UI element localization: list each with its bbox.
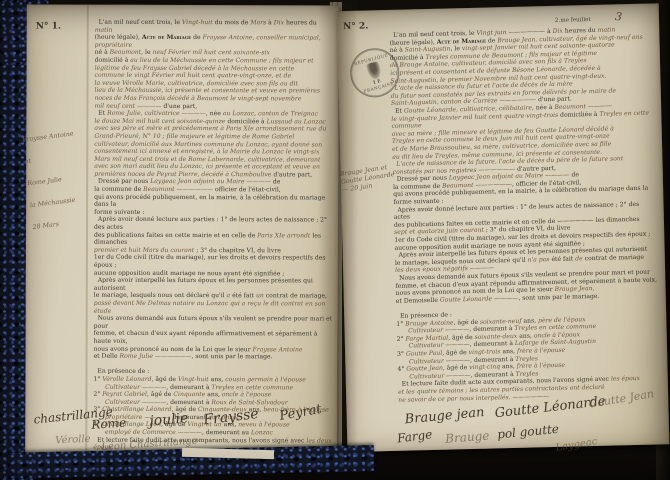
folio-number: 3 bbox=[614, 10, 622, 24]
printed-text: heures du bbox=[563, 27, 598, 35]
handwritten-text: Cultivateur ———— bbox=[93, 383, 166, 390]
printed-text: , demeurant à bbox=[166, 399, 211, 406]
text-line: des publications faites en cette mairie … bbox=[94, 231, 334, 247]
handwritten-text: Mars mil neuf cent trois et de Rome Labe… bbox=[94, 155, 320, 163]
printed-text: femme, et chacun d'eux ayant répondu aff… bbox=[94, 330, 320, 345]
handwritten-text: Laygeac Jean adjoint au Maire ———— bbox=[150, 178, 271, 185]
handwritten-text: vingt-trois bbox=[469, 348, 501, 356]
printed-text: 2° bbox=[397, 335, 406, 342]
text-line: L'an mil neuf cent trois, le Vingt-huit … bbox=[95, 19, 335, 35]
printed-text: ans, bbox=[517, 332, 534, 339]
handwritten-text: au lieu de la Méchaussie en cette Commun… bbox=[130, 57, 313, 65]
handwritten-text: neuf Février mil huit cent soixante-six bbox=[153, 49, 270, 56]
handwritten-text: 28 Mars bbox=[32, 221, 59, 231]
printed-text: , âgé de bbox=[443, 364, 470, 372]
printed-text: , demeurant à bbox=[166, 383, 211, 390]
printed-text: , âgé de bbox=[448, 334, 475, 342]
signature: pol goutte bbox=[497, 422, 560, 442]
printed-text: , âgé de bbox=[147, 391, 173, 398]
stamp-figure bbox=[366, 60, 383, 80]
printed-text: la commune de bbox=[94, 186, 143, 193]
signature: Rome bbox=[91, 416, 127, 432]
printed-text: contrat de mariage, bbox=[264, 293, 327, 300]
printed-text: nous avons prononcé au nom de la Loi que… bbox=[94, 345, 253, 353]
handwritten-text: cultivateur, domicilié aux Martines comm… bbox=[94, 140, 322, 148]
text-line: et Delle Rome Julie ——————, sont unis pa… bbox=[94, 353, 334, 361]
handwritten-text: matin bbox=[598, 26, 616, 33]
signature-block: Brauge jeanGoutte LéonardeGoutte JeanFar… bbox=[337, 3, 659, 11]
printed-text: Et bbox=[391, 108, 404, 115]
text-line: qui avons procédé publiquement, en la ma… bbox=[94, 193, 334, 209]
text-line: Rome Julie bbox=[27, 173, 90, 188]
printed-text: de bbox=[191, 34, 202, 41]
signature: Laygeac bbox=[555, 436, 598, 454]
text-line: et bbox=[24, 151, 87, 166]
printed-text: né à bbox=[390, 47, 405, 54]
printed-text: et Delle bbox=[94, 353, 120, 360]
printed-text: (heure légale), bbox=[95, 34, 142, 41]
printed-text: ans, bbox=[500, 363, 517, 370]
printed-text: En présence de : bbox=[94, 368, 150, 375]
printed-text: , âgé de bbox=[453, 318, 480, 326]
text-line: femme, et chacun d'eux ayant répondu aff… bbox=[94, 330, 334, 346]
printed-text: qui avons procédé publiquement, en la ma… bbox=[94, 193, 327, 208]
handwritten-text: Treyles bbox=[515, 355, 538, 363]
printed-text: d'autre part, bbox=[273, 171, 312, 178]
handwritten-text: un bbox=[256, 293, 264, 300]
text-line: Fraysse Antoine bbox=[22, 129, 85, 144]
printed-text: ans, bbox=[205, 391, 222, 398]
printed-text: de bbox=[569, 172, 579, 179]
handwritten-text: Mars bbox=[250, 19, 266, 26]
printed-text: 4° bbox=[397, 366, 406, 373]
handwritten-text: frère à l'épouse bbox=[517, 362, 565, 370]
handwritten-text: lieu de la Méchaussie, ici présente et c… bbox=[94, 87, 320, 95]
printed-text: des publications faites en cette mairie … bbox=[94, 231, 257, 239]
printed-text: officier de l'état-civil, bbox=[213, 186, 281, 193]
act-number: N° 1. bbox=[36, 21, 61, 31]
handwritten-text: Goutte Paul bbox=[406, 350, 442, 358]
printed-text: heures du bbox=[284, 19, 319, 26]
printed-text: d'une part, bbox=[163, 102, 197, 109]
signature: Brauge bbox=[445, 428, 490, 445]
printed-text: , née bbox=[206, 110, 223, 117]
handwritten-text: Beaumont —————— bbox=[143, 186, 213, 193]
text-line: (heure légale), Acte de Mariage de Frays… bbox=[95, 34, 335, 50]
handwritten-text: premier et huit Mars du courant bbox=[94, 247, 194, 254]
printed-text: Acte de Mariage bbox=[142, 34, 191, 41]
handwritten-text: Rome Julie, cultivatrice ———— bbox=[107, 110, 206, 117]
printed-text: de bbox=[486, 37, 498, 44]
printed-text: L'an mil neuf cent trois, le bbox=[95, 19, 182, 26]
margin-note-names: Fraysse AntoineetRome Juliela Méchaussie… bbox=[22, 129, 97, 246]
text-line: 28 Mars bbox=[32, 217, 95, 232]
right-page: N° 2. 2.me feuillet 3 RÉPUBLIQUE 1 F. FR… bbox=[337, 3, 670, 452]
handwritten-text: Fraysse Antoine bbox=[22, 131, 74, 144]
handwritten-text: noces de Mas François décédé à Beaumont … bbox=[94, 95, 301, 103]
text-line: 1er du Code civil (titre du mariage), su… bbox=[94, 254, 334, 270]
printed-text: Dressé par nous bbox=[94, 178, 150, 185]
handwritten-text: avec son mari audit lieu du Lonzac, ici … bbox=[94, 163, 320, 171]
left-page: N° 1. Fraysse AntoineetRome Juliela Méch… bbox=[25, 4, 339, 462]
signature: joulie bbox=[149, 410, 189, 429]
handwritten-text: Fraysse Antoine bbox=[253, 346, 303, 353]
handwritten-text: la veuve Vérolle Marie, cultivatrice, do… bbox=[95, 79, 298, 87]
handwritten-text: premières noces de Peyrat Pierre, décédé… bbox=[94, 171, 273, 179]
signature: Vérolle bbox=[55, 434, 91, 447]
printed-text: 1er du Code civil (titre du mariage), su… bbox=[94, 254, 328, 269]
handwritten-text: matin bbox=[95, 26, 113, 33]
printed-text: , née à bbox=[532, 104, 555, 112]
text-line: Après avoir donné lecture aux parties : … bbox=[94, 216, 334, 232]
handwritten-text: Grand-Prieuré, N° 10 ; fille majeure et … bbox=[94, 133, 294, 141]
handwritten-text: Roux de Saint-Salvadour bbox=[211, 399, 287, 406]
handwritten-text: consentement ici annexé et enregistré, à… bbox=[94, 148, 319, 156]
handwritten-text: le douze Mai mil huit cent soixante-quin… bbox=[94, 117, 227, 124]
printed-text: domicilié à bbox=[390, 54, 426, 62]
printed-text: à bbox=[266, 19, 274, 26]
printed-text: aucune opposition audit mariage ne nous … bbox=[94, 269, 284, 277]
printed-text: été fait bbox=[230, 293, 256, 300]
printed-text: Et bbox=[94, 110, 107, 117]
handwritten-text: Paris XIe arrondt bbox=[257, 232, 310, 239]
printed-text: domiciliée à bbox=[560, 110, 599, 118]
printed-text: Après avoir donné lecture aux parties : … bbox=[94, 216, 329, 231]
handwritten-text: Goutte Jean bbox=[406, 365, 443, 373]
handwritten-text: Beaumont bbox=[110, 49, 141, 56]
handwritten-text: vingt-cinq bbox=[469, 363, 500, 371]
handwritten-text: légitime de feu Fraysse Gabriel décédé à… bbox=[95, 64, 295, 72]
handwritten-text: commune le vingt Février mil huit cent q… bbox=[95, 72, 292, 80]
printed-text: de bbox=[271, 179, 280, 186]
printed-text: , sont unis par le mariage. bbox=[191, 353, 272, 360]
printed-text: domiciliée à bbox=[227, 118, 266, 125]
handwritten-text: les époux bbox=[611, 375, 640, 383]
handwritten-text: Rome Julie —————— bbox=[119, 353, 191, 360]
handwritten-text: avec ses père et mère et précédemment à … bbox=[94, 125, 326, 133]
handwritten-text: Treyles en cette commune bbox=[211, 384, 293, 391]
printed-text: , demeurant au bbox=[202, 429, 251, 436]
handwritten-text: oncle à l'épouse bbox=[222, 391, 272, 398]
printed-text: du mois de bbox=[213, 19, 251, 26]
handwritten-text: Treyles bbox=[516, 370, 539, 378]
handwritten-text: Peyrat Gabriel bbox=[102, 391, 147, 398]
printed-text: Après avoir interpellé les futurs époux … bbox=[94, 277, 315, 292]
text-line: passé devant Me Delmas notaire au Lonzac… bbox=[94, 300, 334, 316]
signature: Farge bbox=[396, 427, 433, 445]
register-scan: N° 1. Fraysse AntoineetRome Juliela Méch… bbox=[0, 0, 670, 480]
handwritten-text: passé devant Me Delmas notaire au Lonzac… bbox=[94, 300, 328, 315]
printed-text: 1° bbox=[396, 320, 405, 327]
handwritten-text: Rome Julie bbox=[27, 176, 62, 187]
signature-block: chastrillangeRomejoulieFrayssePeyratVéro… bbox=[27, 4, 339, 5]
act-body: L'an mil neuf cent trois, le Vingt juin … bbox=[389, 26, 660, 404]
handwritten-text: Lonzac bbox=[251, 429, 273, 436]
handwritten-text: mil neuf cent ———— bbox=[94, 102, 163, 109]
printed-text: ans, bbox=[521, 317, 538, 324]
printed-text: ans, bbox=[500, 348, 517, 355]
printed-text: 3° bbox=[397, 351, 406, 358]
handwritten-text: Vingt-huit bbox=[182, 19, 213, 26]
signature: Brauge jean bbox=[404, 405, 485, 427]
printed-text: ; 3° du chapitre VI, du livre bbox=[194, 247, 281, 254]
text-line: Après avoir interpellé les futurs époux … bbox=[94, 277, 334, 293]
printed-text: ans, bbox=[209, 376, 226, 383]
act-body: L'an mil neuf cent trois, le Vingt-huit … bbox=[93, 19, 335, 468]
printed-text: 2° bbox=[93, 391, 102, 398]
handwritten-text: Lussaud au Lonzac bbox=[267, 118, 326, 125]
handwritten-text: frère à l'épouse bbox=[517, 347, 565, 355]
handwritten-text: Dix bbox=[553, 28, 563, 35]
folio-label: 2.me feuillet bbox=[555, 17, 591, 24]
printed-text: 1° bbox=[93, 376, 102, 383]
handwritten-text: n'a pas bbox=[528, 256, 550, 264]
printed-text: domicilié à bbox=[95, 57, 131, 64]
printed-text: , âgé de bbox=[152, 376, 178, 383]
printed-text: , le bbox=[141, 49, 152, 56]
printed-text: été fait bbox=[549, 255, 575, 263]
handwritten-text: et bbox=[24, 158, 31, 166]
printed-text: contrat de mariage bbox=[583, 254, 644, 262]
handwritten-text: la Méchaussie bbox=[30, 197, 76, 209]
handwritten-text: Vérolle Léonard bbox=[102, 376, 151, 383]
text-line: la Méchaussie bbox=[30, 195, 93, 210]
printed-text: le mariage, lesquels nous ont déclaré qu… bbox=[94, 292, 227, 299]
handwritten-text: cousin germain à l'épouse bbox=[225, 376, 306, 383]
printed-text: , âgé de bbox=[442, 349, 469, 357]
printed-text: , le bbox=[450, 45, 462, 52]
printed-text: d'une part. bbox=[536, 96, 572, 104]
printed-text: et Demoiselle bbox=[396, 297, 440, 305]
handwritten-text: Dix bbox=[274, 19, 284, 26]
handwritten-text: Cinquante bbox=[173, 391, 205, 398]
handwritten-text: au Lonzac, canton de Treignac bbox=[223, 110, 318, 117]
printed-text: né à bbox=[95, 49, 110, 56]
printed-text: forme suivante : bbox=[94, 209, 144, 216]
printed-text: Nous avons demandé aux futurs époux s'il… bbox=[94, 315, 334, 330]
text-line: Nous avons demandé aux futurs époux s'il… bbox=[94, 315, 334, 331]
handwritten-text: de bbox=[575, 255, 583, 262]
handwritten-text: Vingt-huit bbox=[178, 376, 209, 383]
act-number: N° 2. bbox=[343, 21, 369, 32]
